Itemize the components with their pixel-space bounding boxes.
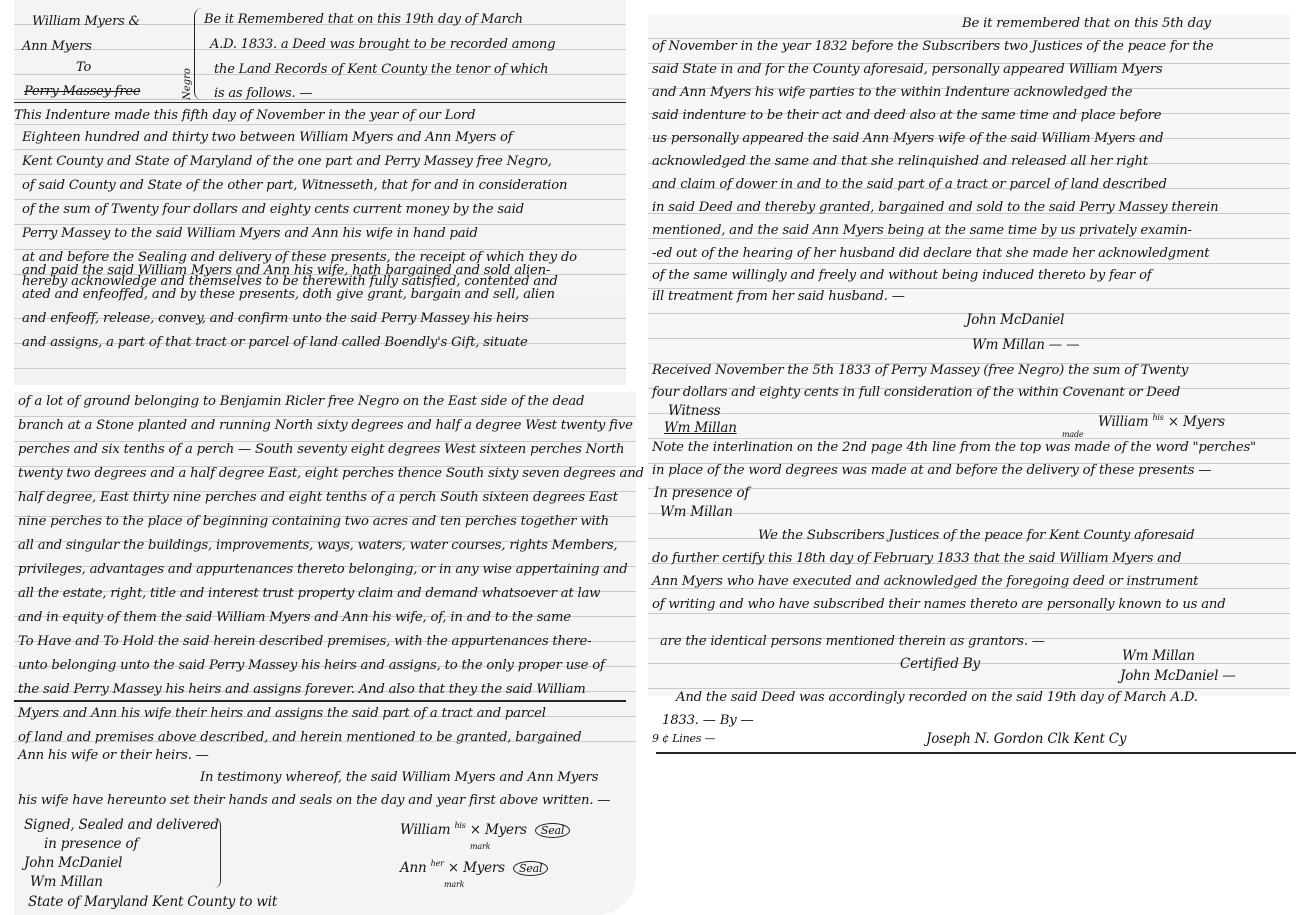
cert-line-5: are the identical persons mentioned ther… [660,634,1045,649]
sig-mark: mark [444,880,464,889]
sig-cross: × [448,860,459,876]
ack-line-9: in said Deed and thereby granted, bargai… [652,200,1218,215]
testimony-line-2: his wife have hereunto set their hands a… [18,793,610,808]
cert-line-2: do further certify this 18th day of Febr… [652,551,1181,566]
sig-mark: mark [470,842,490,851]
certifier-wm-millan: Wm Millan [1122,648,1195,664]
ack-line-8: and claim of dower in and to the said pa… [652,177,1167,192]
note-interline: made [1062,430,1083,439]
cert-line-4: of writing and who have subscribed their… [652,597,1225,612]
caption-intro-2: A.D. 1833. a Deed was brought to be reco… [210,37,555,52]
ack-line-1: Be it remembered that on this 5th day [962,16,1211,31]
state-county-heading: State of Maryland Kent County to wit [28,894,277,910]
bounds-line-10: and in equity of them the said William M… [18,610,571,625]
sig-her: her [431,859,444,868]
justice-wm-millan: Wm Millan — — [972,337,1079,353]
sig-cross: × [1168,414,1179,430]
witness-wm-millan: Wm Millan [30,874,103,890]
clerk-signature: Joseph N. Gordon Clk Kent Cy [926,731,1126,747]
deed-line-b9: and paid the said William Myers and Ann … [22,263,550,278]
bounds-line-6: nine perches to the place of beginning c… [18,514,609,529]
justice-john-mcdaniel: John McDaniel [966,312,1064,328]
sig-first: William [1098,414,1148,430]
ack-line-10: mentioned, and the said Ann Myers being … [652,223,1192,238]
witness-label-2: in presence of [44,836,138,852]
caption-intro-1: Be it Remembered that on this 19th day o… [204,12,523,27]
sig-his: his [1152,413,1163,422]
bounds-line-7: all and singular the buildings, improvem… [18,538,617,553]
deed-line-b11: and enfeoff, release, convey, and confir… [22,311,529,326]
recording-rule [656,752,1296,754]
caption-party-1: William Myers & [32,14,140,29]
cert-line-3: Ann Myers who have executed and acknowle… [652,574,1198,589]
deed-line-5: of the sum of Twenty four dollars and ei… [22,202,524,217]
sig-last: Myers [463,860,505,876]
ack-line-2: of November in the year 1832 before the … [652,39,1214,54]
bounds-line-12: unto belonging unto the said Perry Masse… [18,658,605,673]
note-presence-label: In presence of [654,485,749,501]
receipt-signature-william-myers: William his × Myers [1098,414,1225,430]
ack-line-4: and Ann Myers his wife parties to the wi… [652,85,1132,100]
bounds-line-15: of land and premises above described, an… [18,730,581,745]
sig-first: Ann [400,860,427,876]
caption-brace [194,8,203,100]
receipt-line-2: four dollars and eighty cents in full co… [652,385,1180,400]
caption-underline [14,102,626,103]
deed-line-b10: ated and enfeoffed, and by these present… [22,287,555,302]
signature-william-myers: William his × Myers Seal mark [400,822,570,838]
testimony-line-1: In testimony whereof, the said William M… [200,770,598,785]
witness-john-mcdaniel: John McDaniel [24,855,122,871]
cert-line-1: We the Subscribers Justices of the peace… [758,528,1194,543]
bounds-line-5: half degree, East thirty nine perches an… [18,490,618,505]
bounds-line-11: To Have and To Hold the said herein desc… [18,634,591,649]
deed-line-1: This Indenture made this fifth day of No… [14,108,475,123]
ack-line-6: us personally appeared the said Ann Myer… [652,131,1163,146]
ack-line-12: of the same willingly and freely and wit… [652,268,1152,283]
warranty-last-line: Ann his wife or their heirs. — [18,748,209,763]
certifier-john-mcdaniel: John McDaniel — [1120,668,1236,684]
sig-last: Myers [485,822,527,838]
sig-last: Myers [1183,414,1225,430]
caption-intro-3: the Land Records of Kent County the teno… [214,62,548,77]
habendum-underline [14,700,626,702]
bounds-line-9: all the estate, right, title and interes… [18,586,600,601]
bounds-line-2: branch at a Stone planted and running No… [18,418,633,433]
deed-line-4: of said County and State of the other pa… [22,178,567,193]
caption-party-2: Ann Myers [22,39,92,54]
note-line-2: in place of the word degrees was made at… [652,463,1211,478]
receipt-line-1: Received November the 5th 1833 of Perry … [652,363,1188,378]
caption-intro-4: is as follows. — [214,86,312,101]
seal-icon: Seal [513,861,548,876]
witness-label: Signed, Sealed and delivered [24,817,219,833]
sig-first: William [400,822,450,838]
sig-cross: × [470,822,481,838]
ack-line-7: acknowledged the same and that she relin… [652,154,1148,169]
note-line-1: Note the interlination on the 2nd page 4… [652,440,1256,455]
recording-line-1: And the said Deed was accordingly record… [676,690,1198,705]
signature-ann-myers: Ann her × Myers Seal mark [400,860,548,876]
bounds-line-14: Myers and Ann his wife their heirs and a… [18,706,546,721]
note-witness: Wm Millan [660,504,733,520]
bounds-line-8: privileges, advantages and appurtenances… [18,562,627,577]
bounds-line-3: perches and six tenths of a perch — Sout… [18,442,624,457]
bounds-line-4: twenty two degrees and a half degree Eas… [18,466,655,481]
caption-party-3: To [76,60,91,75]
bounds-line-13: the said Perry Massey his heirs and assi… [18,682,586,697]
receipt-witness-name: Wm Millan [664,420,737,436]
fee-note: 9 ¢ Lines — [652,732,715,745]
certified-by-label: Certified By [900,656,980,672]
deed-line-6: Perry Massey to the said William Myers a… [22,226,478,241]
seal-icon: Seal [535,823,570,838]
ack-line-13: ill treatment from her said husband. — [652,289,905,304]
caption-vertical-note: Negro [182,68,193,100]
caption-party-4: Perry Massey free [24,84,140,99]
bounds-line-1: of a lot of ground belonging to Benjamin… [18,394,584,409]
sig-his: his [454,821,465,830]
receipt-witness-label: Witness [668,403,721,419]
deed-line-2: Eighteen hundred and thirty two between … [22,130,512,145]
recording-line-2: 1833. — By — [662,713,753,728]
ack-line-11: -ed out of the hearing of her husband di… [652,246,1209,261]
ack-line-5: said indenture to be their act and deed … [652,108,1161,123]
ack-line-3: said State in and for the County aforesa… [652,62,1162,77]
witness-brace [214,818,221,888]
deed-line-b12: and assigns, a part of that tract or par… [22,335,528,350]
deed-line-3: Kent County and State of Maryland of the… [22,154,552,169]
